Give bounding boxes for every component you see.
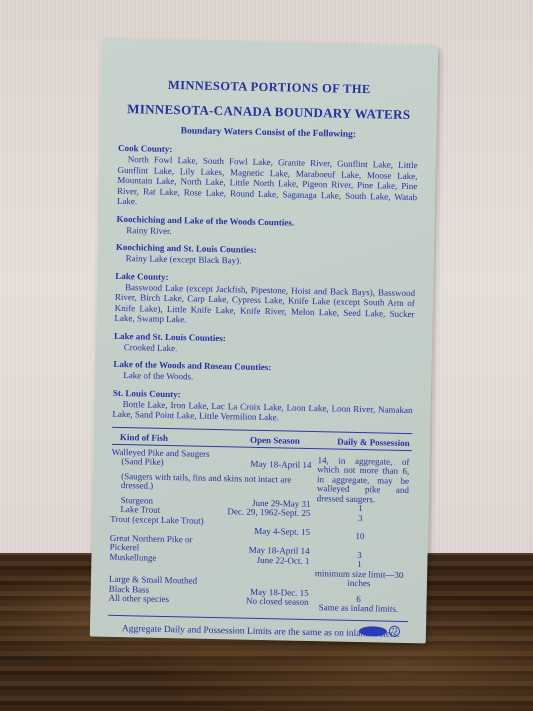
county-lake: Lake County: Basswood Lake (except Jackf… [114, 270, 415, 329]
county-stlouis: St. Louis County: Bottle Lake, Iron Lake… [112, 387, 413, 425]
county-koochiching-lotw: Koochiching and Lake of the Woods Counti… [116, 213, 416, 241]
header-season: Open Season [215, 433, 335, 446]
county-waters: North Fowl Lake, South Fowl Lake, Granit… [117, 154, 418, 213]
walleye-season: May 18-April 14 [250, 460, 311, 471]
county-koochiching-stlouis: Koochiching and St. Louis Counties: Rain… [116, 242, 416, 270]
union-label: 73 [359, 625, 400, 637]
county-lotw-roseau: Lake of the Woods and Roseau Counties: L… [113, 359, 413, 387]
divider [108, 614, 408, 621]
walleye-note: (Saugers with tails, fins and skins not … [111, 471, 311, 494]
walleye-limit: 14, in aggregate, of which not more than… [311, 452, 412, 506]
subtitle: Boundary Waters Consist of the Following… [118, 125, 418, 141]
fish-table: Walleyed Pike and Saugers (Sand Pike)May… [108, 447, 411, 614]
county-cook: Cook County: North Fowl Lake, South Fowl… [117, 143, 418, 213]
printer-bug-icon [359, 626, 387, 637]
union-number: 73 [389, 626, 400, 637]
county-lake-stlouis: Lake and St. Louis Counties: Crooked Lak… [114, 330, 414, 358]
walleye-name-2: (Sand Pike) [121, 457, 163, 467]
regulations-card: MINNESOTA PORTIONS OF THE MINNESOTA-CANA… [90, 39, 438, 644]
title-line-2: MINNESOTA-CANADA BOUNDARY WATERS [119, 101, 419, 123]
limits-column: 14, in aggregate, of which not more than… [308, 452, 411, 615]
muskie-note: minimum size limit—30 inches [309, 568, 409, 589]
county-waters: Basswood Lake (except Jackfish, Pipeston… [114, 281, 415, 329]
header-limit: Daily & Possession [335, 436, 412, 448]
header-kind: Kind of Fish [112, 431, 215, 443]
title-line-1: MINNESOTA PORTIONS OF THE [119, 77, 419, 98]
